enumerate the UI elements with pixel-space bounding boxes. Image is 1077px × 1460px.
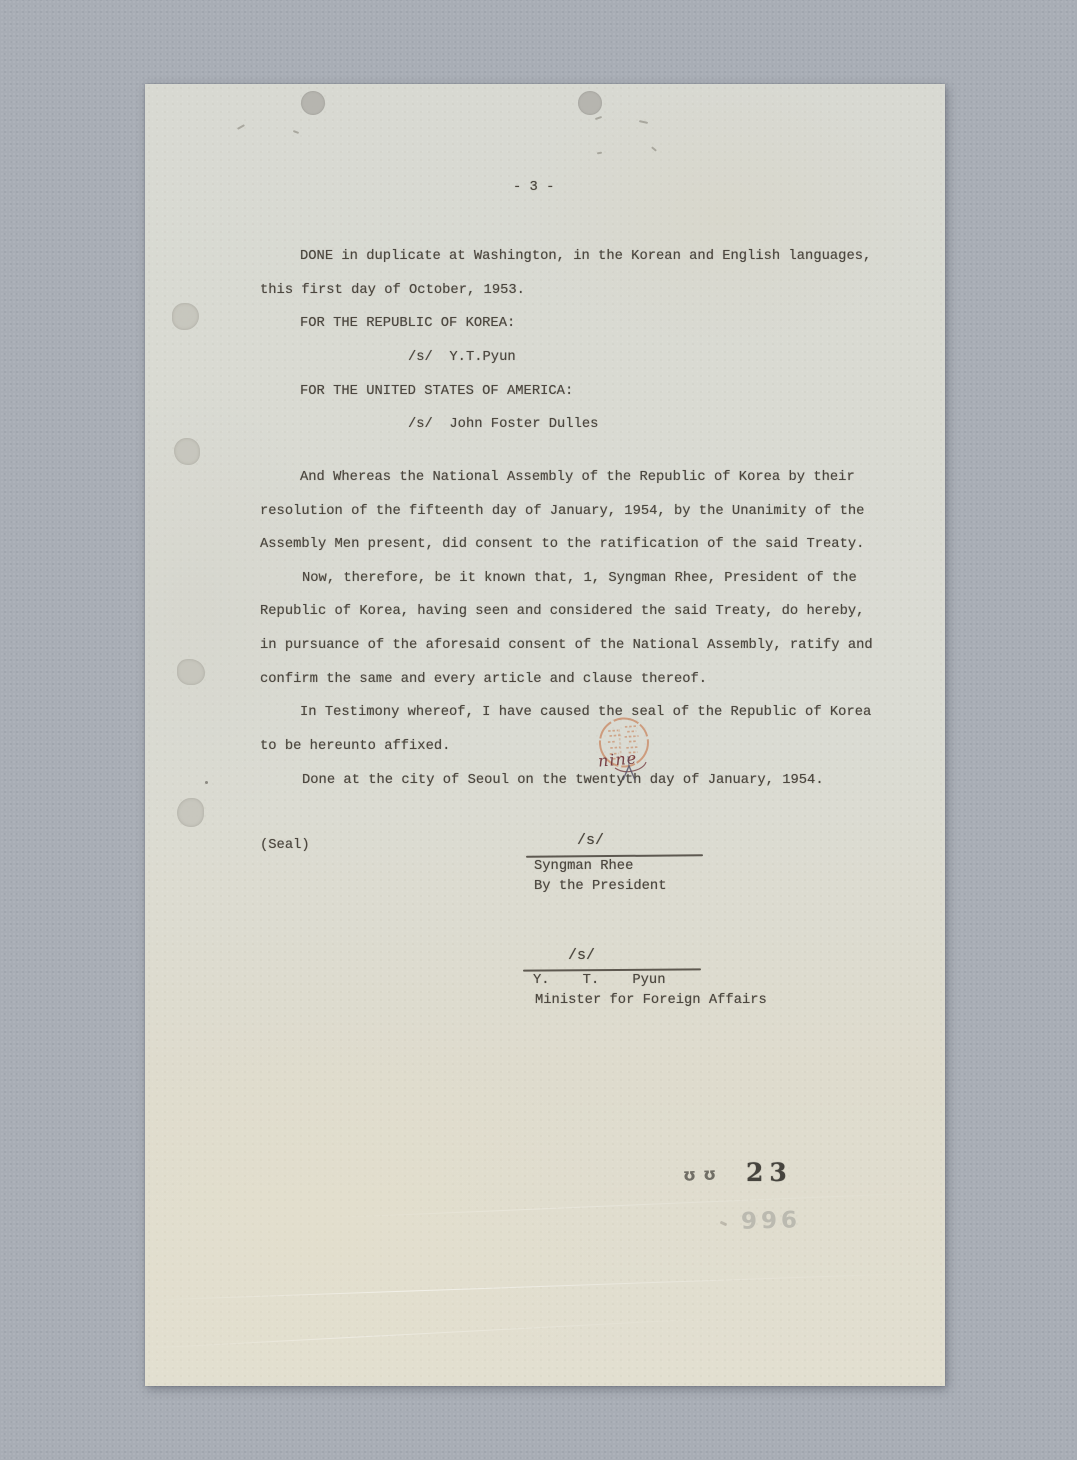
typed-signature-line: /s/ John Foster Dulles [408, 417, 598, 433]
paper-blemish [177, 659, 205, 685]
faint-number-stamp: 996 [741, 1207, 802, 1235]
pencil-mark [595, 116, 602, 120]
crease-line [325, 1191, 964, 1219]
scan-background: { "page": { "number_label": "- 3 -" }, "… [0, 0, 1077, 1460]
paper-blemish [177, 798, 204, 827]
typed-line: resolution of the fifteenth day of Janua… [260, 504, 864, 520]
typed-line: In Testimony whereof, I have caused the … [300, 705, 871, 721]
pencil-mark [651, 146, 657, 151]
signature-rule [523, 968, 701, 971]
pencil-mark [293, 130, 299, 134]
page-number: - 3 - [513, 180, 554, 196]
pencil-mark [639, 120, 648, 124]
typed-line: in pursuance of the aforesaid consent of… [260, 638, 873, 654]
typed-line: Now, therefore, be it known that, 1, Syn… [302, 571, 857, 587]
pencil-mark [597, 152, 602, 155]
typed-line: FOR THE UNITED STATES OF AMERICA: [300, 384, 573, 400]
typed-line: confirm the same and every article and c… [260, 672, 707, 688]
pencil-mark [720, 1221, 728, 1227]
signatory-name: Y. T. Pyun [533, 973, 665, 989]
typed-signature-line: /s/ Y.T.Pyun [408, 350, 516, 366]
typed-line: And Whereas the National Assembly of the… [300, 470, 855, 486]
typed-line: DONE in duplicate at Washington, in the … [300, 249, 871, 265]
paper-texture [145, 84, 945, 1386]
crease-line [155, 1273, 925, 1301]
typed-line: this first day of October, 1953. [260, 283, 525, 299]
typed-line: Republic of Korea, having seen and consi… [260, 604, 864, 620]
seal-label: (Seal) [260, 838, 310, 854]
signature-slash: /s/ [568, 948, 595, 964]
signature-slash: /s/ [577, 833, 604, 849]
typed-line: to be hereunto affixed. [260, 739, 450, 755]
page-count-stamp: 23 [746, 1158, 793, 1187]
signature-rule [526, 854, 703, 858]
paper-blemish [174, 438, 200, 465]
typed-line: FOR THE REPUBLIC OF KOREA: [300, 316, 515, 332]
signatory-name: Syngman Rhee [534, 859, 633, 875]
faded-ink-stamp: ʊʊ [683, 1164, 724, 1185]
paper-blemish [172, 303, 199, 330]
crease-line [145, 1316, 744, 1348]
stray-ink-dot [205, 781, 208, 784]
punch-hole [301, 91, 325, 115]
signatory-title: Minister for Foreign Affairs [535, 993, 767, 1009]
signatory-title: By the President [534, 879, 666, 895]
typed-line: Done at the city of Seoul on the twentyt… [302, 773, 824, 789]
typed-line: Assembly Men present, did consent to the… [260, 537, 864, 553]
punch-hole [578, 91, 602, 115]
insertion-caret-icon [613, 752, 649, 782]
document-page: - 3 - DONE in duplicate at Washington, i… [145, 84, 945, 1386]
pencil-mark [237, 124, 245, 130]
